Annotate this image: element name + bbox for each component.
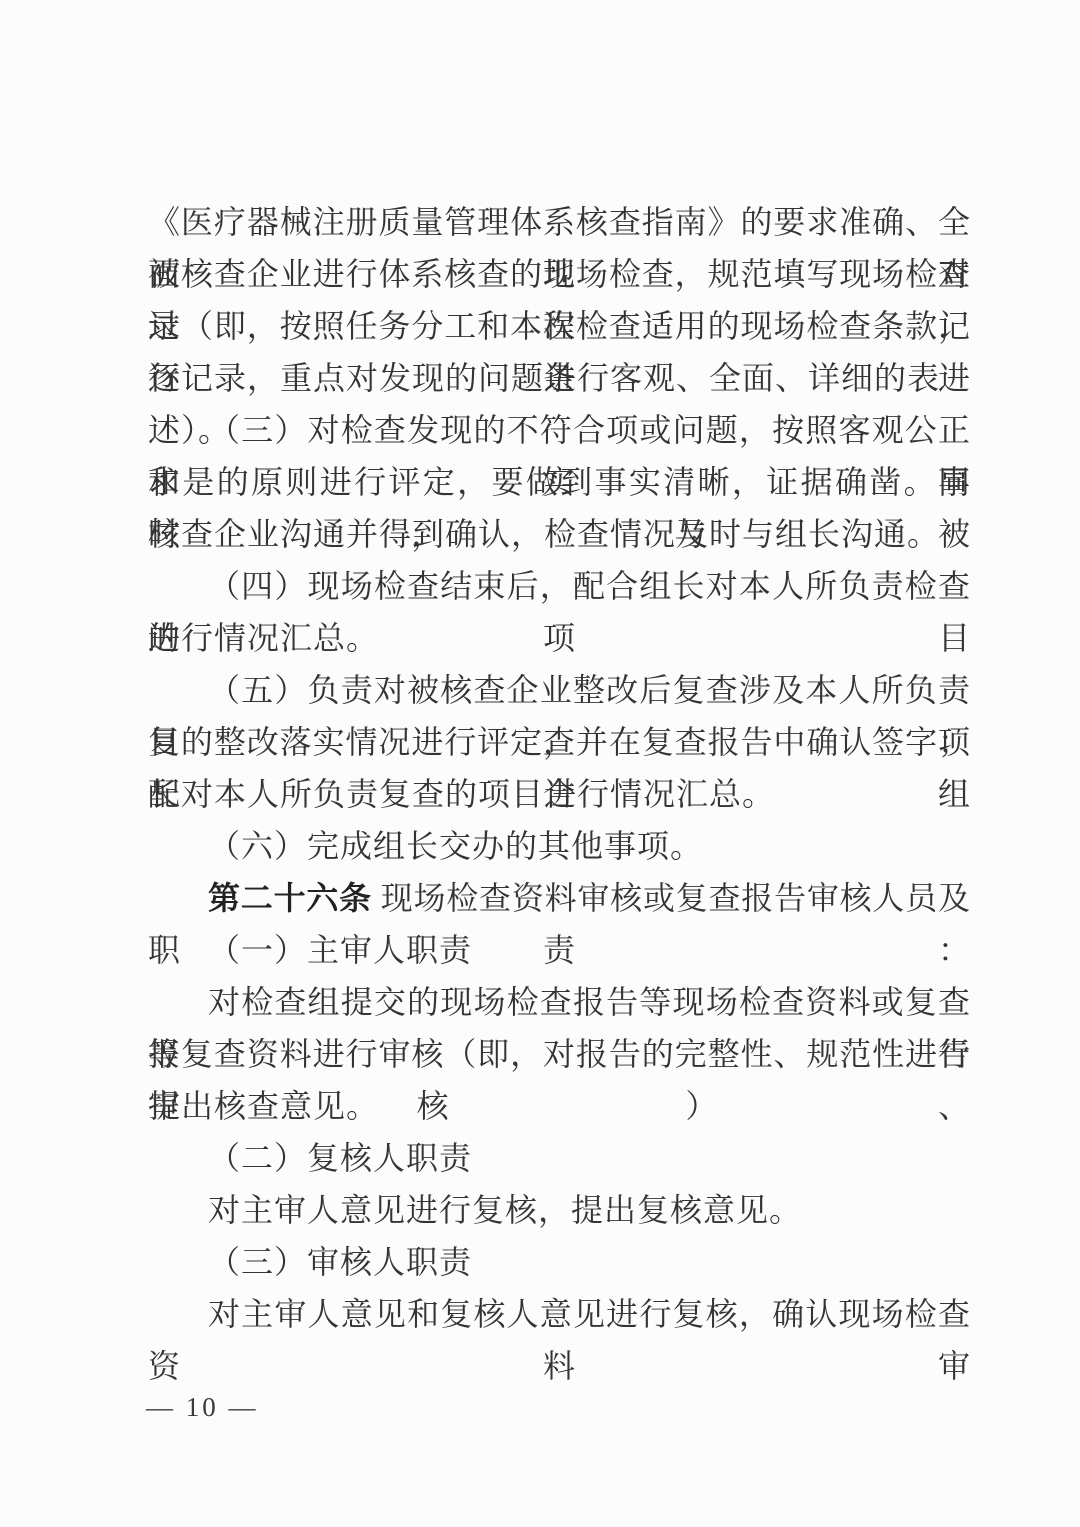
text-line: 行记录，重点对发现的问题进行客观、全面、详细的表述）。 (148, 352, 970, 404)
text-line: 对主审人意见进行复核，提出复核意见。 (148, 1184, 970, 1236)
article-number-bold: 第二十六条 (208, 880, 372, 916)
text-line: （三）审核人职责 (148, 1236, 970, 1288)
text-line: （五）负责对被核查企业整改后复查涉及本人所负责复查项 (148, 664, 970, 716)
document-page: 《医疗器械注册质量管理体系核查指南》的要求准确、全面地对被核查企业进行体系核查的… (0, 0, 1080, 1527)
text-line: 录（即，按照任务分工和本次检查适用的现场检查条款，逐条进 (148, 300, 970, 352)
text-line: 求是的原则进行评定，要做到事实清晰，证据确凿。同时，与被 (148, 456, 970, 508)
text-line: （六）完成组长交办的其他事项。 (148, 820, 970, 872)
page-number: — 10 — (146, 1392, 259, 1422)
text-line: 《医疗器械注册质量管理体系核查指南》的要求准确、全面地对 (148, 196, 970, 248)
text-line: （二）复核人职责 (148, 1132, 970, 1184)
text-line: 被核查企业进行体系核查的现场检查，规范填写现场检查过程记 (148, 248, 970, 300)
text-line: （三）对检查发现的不符合项或问题，按照客观公正和实事 (148, 404, 970, 456)
page-footer: — 10 — (146, 1392, 259, 1423)
text-line: 等复查资料进行审核（即，对报告的完整性、规范性进行审核）、 (148, 1028, 970, 1080)
text-line: （四）现场检查结束后，配合组长对本人所负责检查的项目 (148, 560, 970, 612)
text-line: 对检查组提交的现场检查报告等现场检查资料或复查报告 (148, 976, 970, 1028)
text-line: 核查企业沟通并得到确认，检查情况及时与组长沟通。 (148, 508, 970, 560)
text-line: 目的整改落实情况进行评定，并在复查报告中确认签字；配合组 (148, 716, 970, 768)
text-line: 第二十六条 现场检查资料审核或复查报告审核人员及职责： (148, 872, 970, 924)
document-body: 《医疗器械注册质量管理体系核查指南》的要求准确、全面地对被核查企业进行体系核查的… (148, 196, 970, 1340)
text-line: 对主审人意见和复核人意见进行复核，确认现场检查资料审 (148, 1288, 970, 1340)
